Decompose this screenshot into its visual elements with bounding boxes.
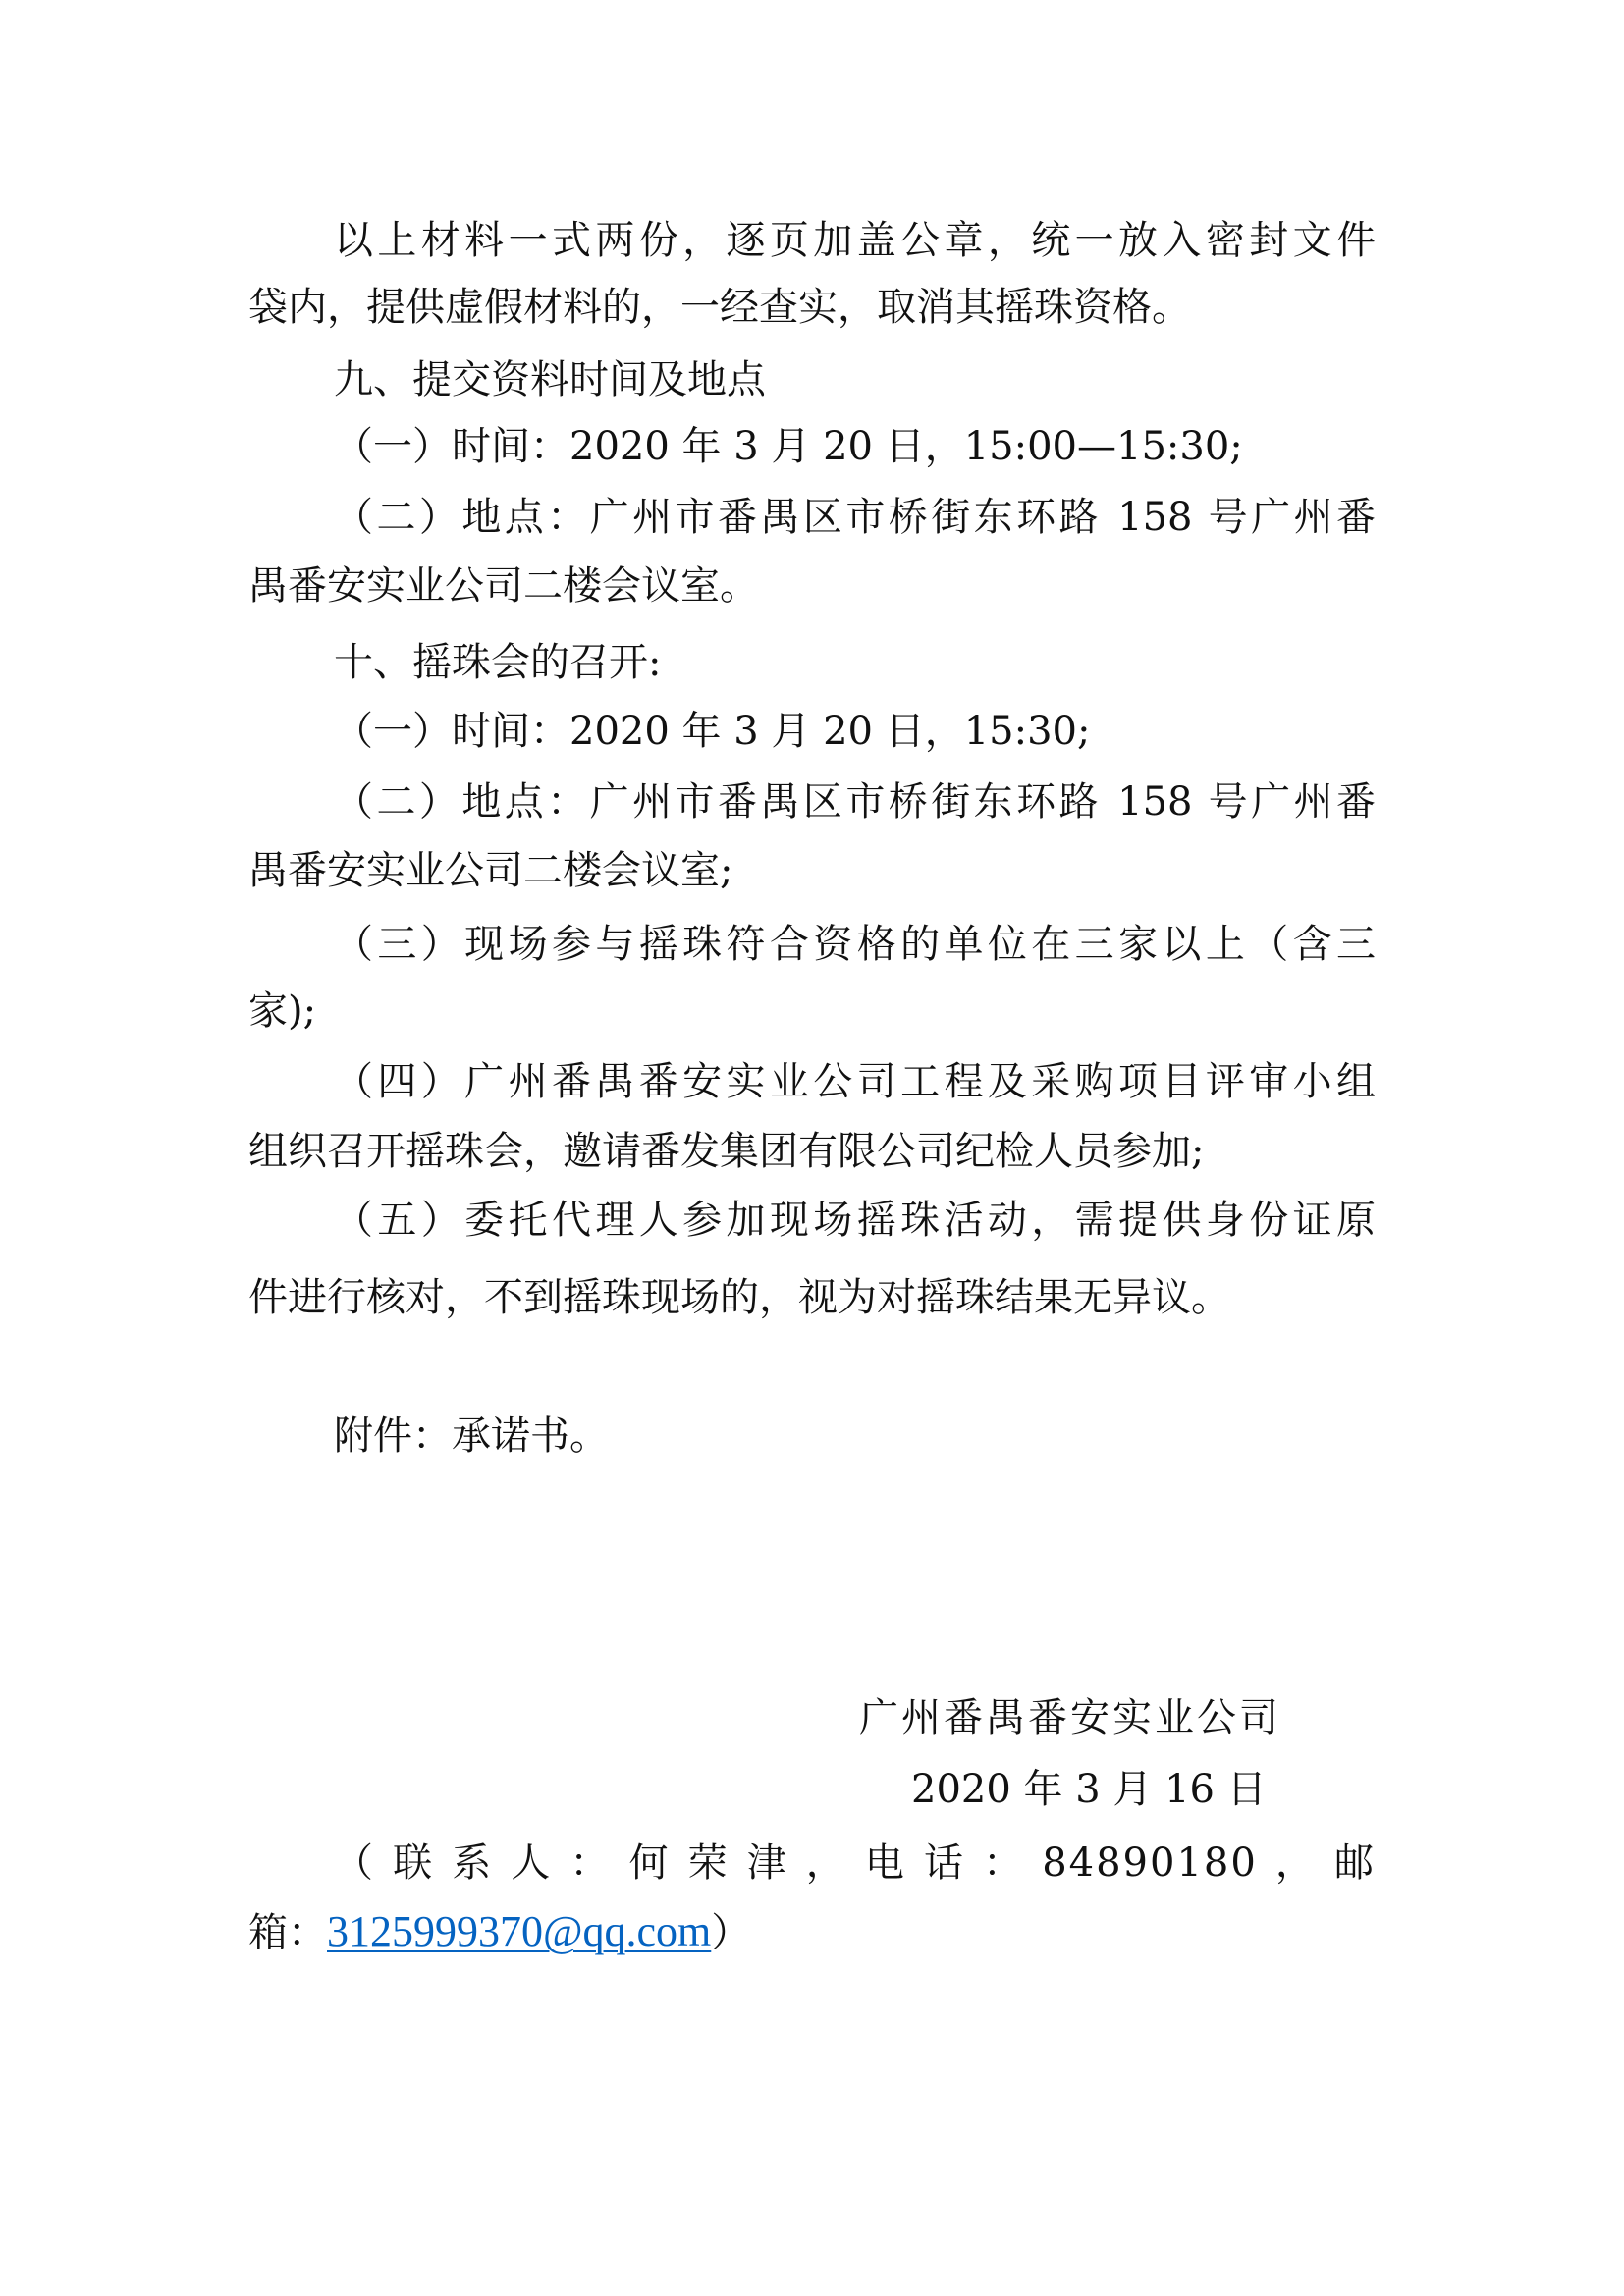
list-item-continuation: 家);: [248, 982, 1376, 1041]
list-item-continuation: 禺番安实业公司二楼会议室。: [248, 557, 1376, 615]
paragraph-line: 袋内，提供虚假材料的，一经查实，取消其摇珠资格。: [248, 278, 1376, 337]
contact-email-line: 箱：3125999370@qq.com）: [248, 1902, 1376, 1961]
signature-date: 2020 年 3 月 16 日: [911, 1760, 1267, 1819]
list-item-continuation: 禺番安实业公司二楼会议室;: [248, 841, 1376, 900]
list-item: （三）现场参与摇珠符合资格的单位在三家以上（含三: [248, 915, 1376, 974]
list-item-continuation: 件进行核对，不到摇珠现场的，视为对摇珠结果无异议。: [248, 1268, 1376, 1327]
list-item: （一）时间：2020 年 3 月 20 日，15:00—15:30;: [248, 417, 1376, 476]
email-link[interactable]: 3125999370@qq.com: [327, 1907, 711, 1955]
email-label: 箱：: [248, 1910, 327, 1955]
list-item: （二）地点：广州市番禺区市桥街东环路 158 号广州番: [248, 773, 1376, 831]
list-item: （一）时间：2020 年 3 月 20 日，15:30;: [248, 702, 1376, 761]
email-suffix: ）: [711, 1910, 750, 1955]
contact-line: （联系人：何荣津，电话：84890180，邮: [248, 1834, 1376, 1893]
list-item-continuation: 组织召开摇珠会，邀请番发集团有限公司纪检人员参加;: [248, 1122, 1376, 1181]
list-item: （二）地点：广州市番禺区市桥街东环路 158 号广州番: [248, 488, 1376, 547]
signature-company: 广州番禺番安实业公司: [859, 1688, 1281, 1747]
attachment-note: 附件：承诺书。: [248, 1407, 1376, 1466]
list-item: （五）委托代理人参加现场摇珠活动，需提供身份证原: [248, 1191, 1376, 1250]
list-item: （四）广州番禺番安实业公司工程及采购项目评审小组: [248, 1052, 1376, 1111]
section-heading: 九、提交资料时间及地点: [248, 350, 1376, 409]
paragraph-line: 以上材料一式两份，逐页加盖公章，统一放入密封文件: [248, 211, 1376, 270]
section-heading: 十、摇珠会的召开:: [248, 633, 1376, 692]
